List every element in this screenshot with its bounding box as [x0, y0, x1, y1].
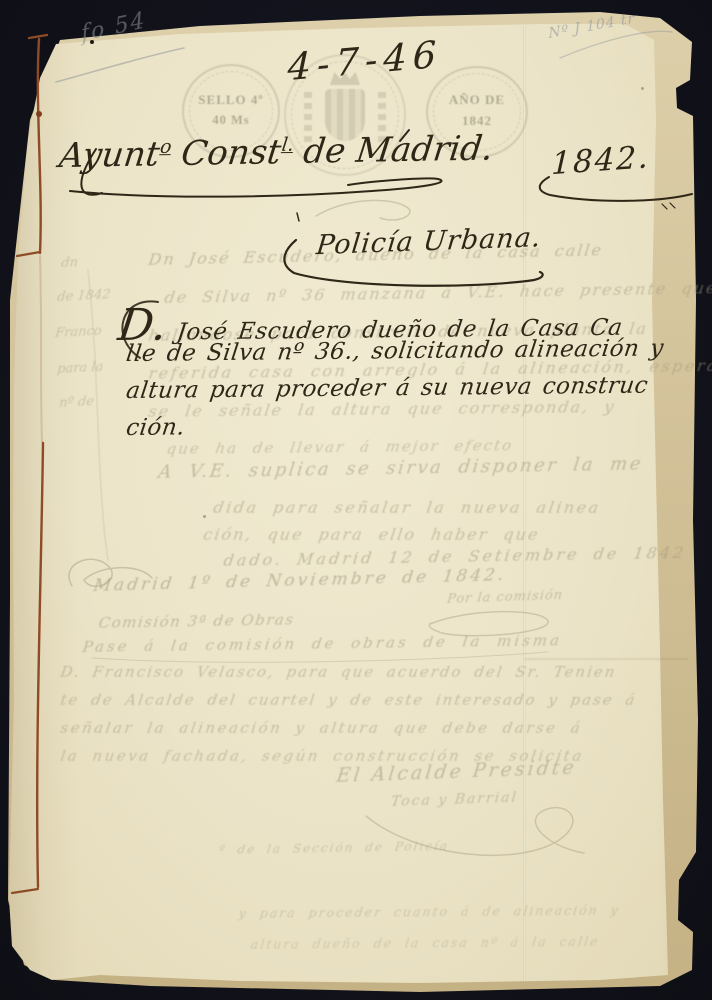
office-heading: Ayunto Constl. de Madrid.: [57, 128, 495, 176]
ghost-line: Comisión 3ª de Obras: [97, 611, 295, 632]
ghost-margin-fragment: nº de: [58, 394, 94, 411]
petition-line: altura para proceder á su nueva construc: [125, 373, 650, 405]
ghost-line: que ha de llevar á mejor efecto: [165, 436, 514, 458]
ghost-line: te de Alcalde del cuartel y de este inte…: [59, 691, 638, 709]
sello-value-text: 40 Ms: [184, 113, 278, 128]
ano-year-text: 1842: [428, 113, 526, 129]
ghost-line: altura dueño de la casa nº á la calle: [250, 934, 601, 952]
ghost-margin-fragment: Franco: [54, 324, 102, 342]
ghost-line: dida para señalar la nueva alinea: [212, 498, 602, 517]
ano-text: AÑO DE: [428, 92, 526, 108]
paper-speck: [641, 87, 644, 90]
stitch-thread: [29, 35, 47, 38]
archive-scan: SELLO 4º 40 Ms AÑO DE 1842 Dn José Escud…: [0, 0, 712, 1000]
year-heading: 1842.: [551, 139, 651, 182]
ghost-margin-fragment: para la: [56, 360, 104, 378]
office-part: Const: [168, 132, 283, 174]
ghost-line: señalar la alineación y altura que debe …: [59, 719, 584, 737]
office-part: Ayunt: [57, 134, 162, 176]
horizontal-fold-crease: [524, 658, 688, 660]
paper-speck: [90, 40, 94, 44]
office-part: de Madrid.: [290, 128, 495, 172]
ghost-line: ción, que para ello haber que: [202, 525, 541, 544]
ghost-margin-fragment: dn: [60, 255, 78, 271]
ghost-line: D. Francisco Velasco, para que acuerdo d…: [59, 663, 618, 681]
ghost-margin-fragment: de 1842: [56, 287, 111, 305]
paper-speck: [203, 515, 206, 518]
sello-text: SELLO 4º: [184, 92, 278, 108]
petition-line: ción.: [125, 414, 187, 441]
